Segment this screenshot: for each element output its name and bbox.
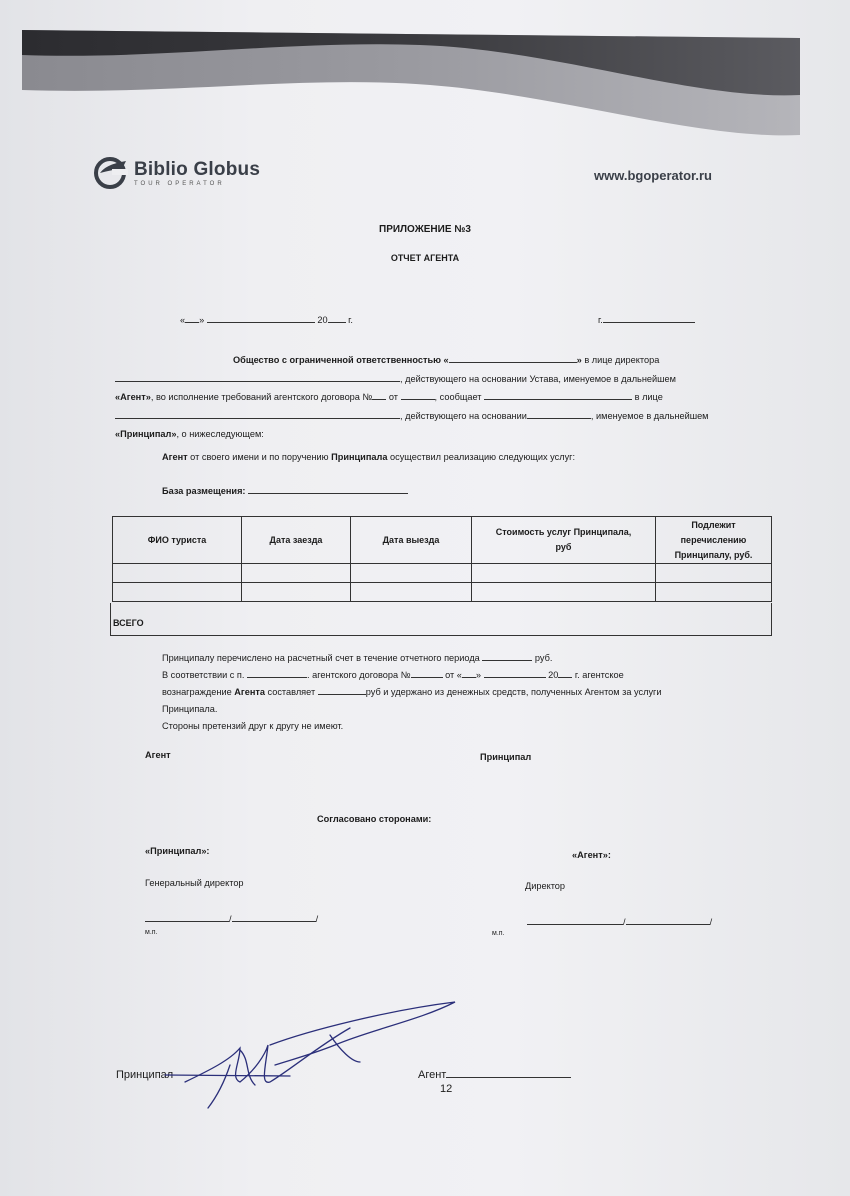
- date-field: «» 20 г.: [180, 313, 353, 325]
- city-field: г.: [598, 313, 695, 325]
- header-wave-band: [0, 0, 850, 150]
- table-cell[interactable]: [242, 583, 351, 602]
- appendix-title: ПРИЛОЖЕНИЕ №3: [0, 224, 850, 235]
- table-cell[interactable]: [351, 564, 472, 583]
- table-row: [113, 564, 772, 583]
- handwritten-signature: [90, 990, 510, 1120]
- column-header: ФИО туриста: [113, 517, 242, 564]
- agreed-label: Согласовано сторонами:: [317, 814, 431, 824]
- column-header: Дата заезда: [242, 517, 351, 564]
- table-cell[interactable]: [113, 564, 242, 583]
- total-label: ВСЕГО: [113, 618, 144, 628]
- company-logo: Biblio Globus TOUR OPERATOR: [92, 155, 260, 191]
- table-cell[interactable]: [656, 583, 772, 602]
- table-row: [113, 583, 772, 602]
- settlement-paragraph: Принципалу перечислено на расчетный счет…: [162, 650, 770, 735]
- logo-subtitle: TOUR OPERATOR: [134, 181, 260, 187]
- agent-signature-line: //: [527, 915, 712, 927]
- intro-paragraph: Общество с ограниченной ответственностью…: [115, 351, 770, 444]
- agent-label: Агент: [145, 750, 171, 760]
- principal-stamp-label: м.п.: [145, 929, 158, 936]
- agent-quoted-label: «Агент»:: [572, 850, 611, 860]
- table-cell[interactable]: [351, 583, 472, 602]
- services-intro: Агент от своего имени и по поручению При…: [162, 452, 575, 462]
- table-cell[interactable]: [242, 564, 351, 583]
- column-header: Стоимость услуг Принципала, руб: [472, 517, 656, 564]
- table-cell[interactable]: [472, 564, 656, 583]
- column-header: Подлежит перечислению Принципалу, руб.: [656, 517, 772, 564]
- agent-stamp-label: м.п.: [492, 930, 505, 937]
- accommodation-field: База размещения:: [162, 484, 408, 496]
- principal-quoted-label: «Принципал»:: [145, 846, 209, 856]
- table-header-row: ФИО туриста Дата заезда Дата выезда Стои…: [113, 517, 772, 564]
- table-cell[interactable]: [656, 564, 772, 583]
- logo-name: Biblio Globus: [134, 160, 260, 180]
- report-title: ОТЧЕТ АГЕНТА: [0, 253, 850, 263]
- total-row: ВСЕГО: [110, 603, 772, 636]
- agent-role: Директор: [525, 881, 565, 891]
- website-url: www.bgoperator.ru: [594, 168, 712, 183]
- principal-label: Принципал: [480, 752, 531, 762]
- column-header: Дата выезда: [351, 517, 472, 564]
- table-cell[interactable]: [472, 583, 656, 602]
- services-table: ФИО туриста Дата заезда Дата выезда Стои…: [112, 516, 772, 602]
- table-cell[interactable]: [113, 583, 242, 602]
- principal-role: Генеральный директор: [145, 878, 244, 888]
- principal-signature-line: //: [145, 912, 318, 924]
- document-page: Biblio Globus TOUR OPERATOR www.bgoperat…: [0, 0, 850, 1196]
- globe-logo-icon: [92, 155, 128, 191]
